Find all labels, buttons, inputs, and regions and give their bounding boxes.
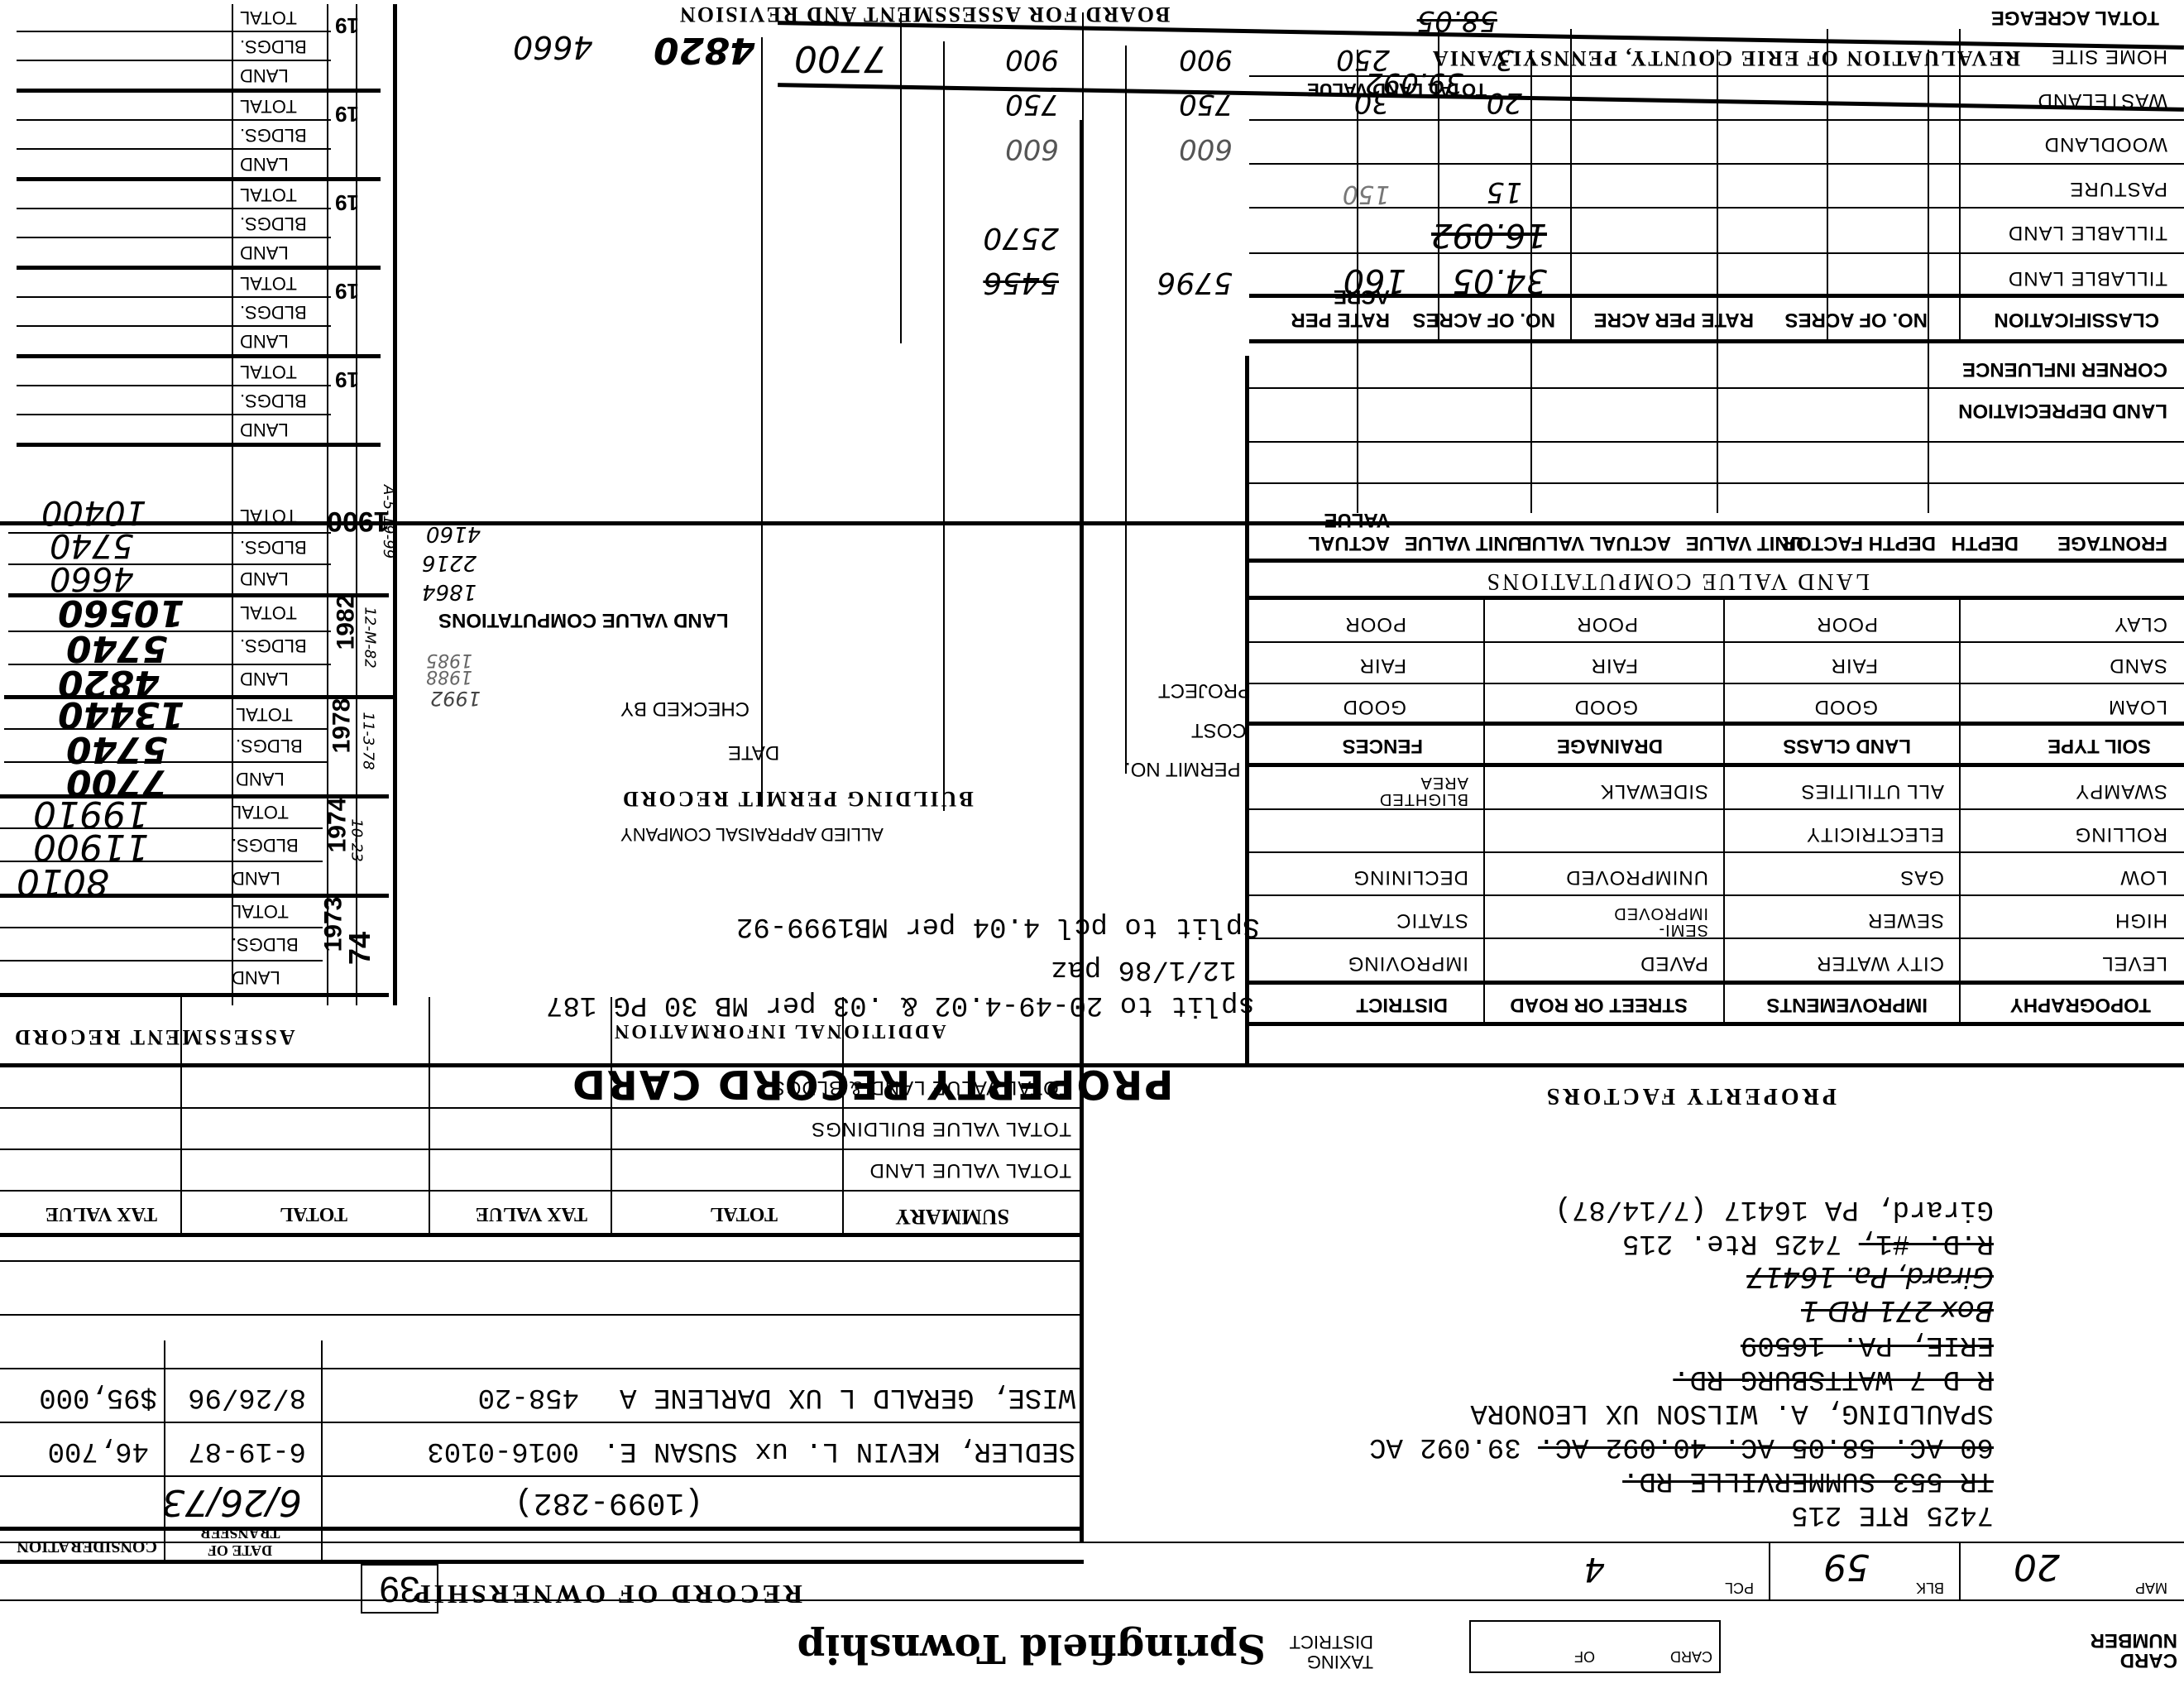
screen-space-overlay: REVALUATION OF ERIE COUNTY, PENNSYLVANIA… [0,0,2184,1688]
assessment-record-title: ASSESSMENT RECORD [12,1024,295,1049]
property-record-card-title: PROPERTY RECORD CARD [571,1061,1173,1107]
permit-number-label: PERMIT NO. [1125,757,1241,780]
land-value-bottom-2: 4660 [513,29,593,65]
total-land-value: 7700 [794,37,887,79]
computation-note: 1864 [422,579,477,604]
land-computations-label: LAND VALUE COMPUTATIONS [438,608,729,631]
appraiser-name: ALLIED APPRAISAL COMPANY [620,823,884,845]
computation-note: 4160 [426,521,481,546]
additional-info-title: ADDITIONAL INFORMATION [612,1019,946,1042]
additional-info-line-2: 12/1/86 paz [1051,953,1236,985]
permit-cost-label: COST [1191,718,1247,741]
land-value-bottom-1: 4820 [654,29,754,71]
additional-info-line-3: Split to pcl 4.04 per MB1999-92 [736,910,1260,942]
computation-note: 1992 [430,687,481,710]
permit-checked-by-label: CHECKED BY [620,697,750,720]
permit-project-label: PROJECT [1158,679,1251,702]
county-header-text: REVALUATION OF ERIE COUNTY, PENNSYLVANIA [1431,46,2020,70]
building-permit-title: BUILDING PERMIT RECORD [620,786,974,811]
permit-date-label: DATE [728,741,779,764]
computation-note: 2216 [422,550,477,575]
computation-note: 1988 [426,666,472,687]
additional-info-line-1: split to 20-49-4.02 & .03 per MB 30 PG 1… [546,989,1255,1020]
